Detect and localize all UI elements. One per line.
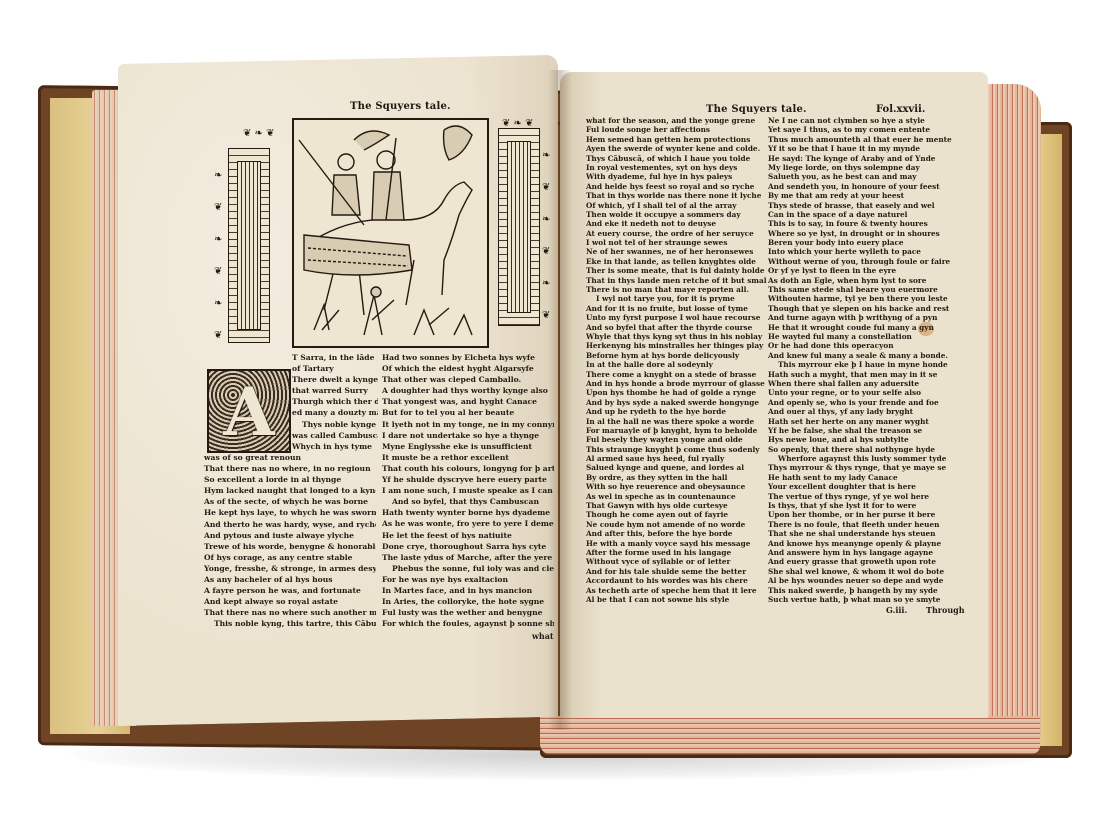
right-page-column-2: Ne I ne can not clymben so hye a style Y… xyxy=(768,116,958,604)
woodcut-right-pillar xyxy=(498,128,540,326)
decorated-initial: A xyxy=(207,369,291,453)
right-pastedown xyxy=(1040,134,1062,746)
woodcut-left-pillar xyxy=(228,148,270,343)
left-running-head: The Squyers tale. xyxy=(350,101,451,112)
knight-horse-illustration-icon xyxy=(294,120,487,346)
left-page-column-2: Had two sonnes by Elcheta hys wyfe Of wh… xyxy=(382,352,554,629)
right-red-page-edges xyxy=(985,84,1041,744)
signature-mark: G.iii. xyxy=(886,605,907,615)
fleuron-column-icon: ❧❦❧❦❧❦ xyxy=(214,160,222,352)
fleuron-ornament-icon: ❦ ❧ ❦ xyxy=(243,128,275,139)
left-page-column-1: was of so great renoun That there nas no… xyxy=(204,452,376,630)
gutter-shadow xyxy=(548,70,572,730)
book-photograph: The Squyers tale. ❦ ❧ ❦ ❦ ❧ ❦ ❧❦❧❦❧❦ ❧❦❧… xyxy=(0,0,1104,828)
right-catchword: Through xyxy=(926,605,965,615)
right-page-column-1: what for the season, and the yonge grene… xyxy=(586,116,768,604)
woodcut-knights-on-horse xyxy=(292,118,489,348)
right-running-head: The Squyers tale. xyxy=(706,104,807,115)
bottom-red-page-edges xyxy=(540,716,1040,754)
left-page-column-1-beside-initial: T Sarra, in the lãde of Tartary There dw… xyxy=(292,352,378,452)
folio-number: Fol.xxvii. xyxy=(876,104,925,115)
